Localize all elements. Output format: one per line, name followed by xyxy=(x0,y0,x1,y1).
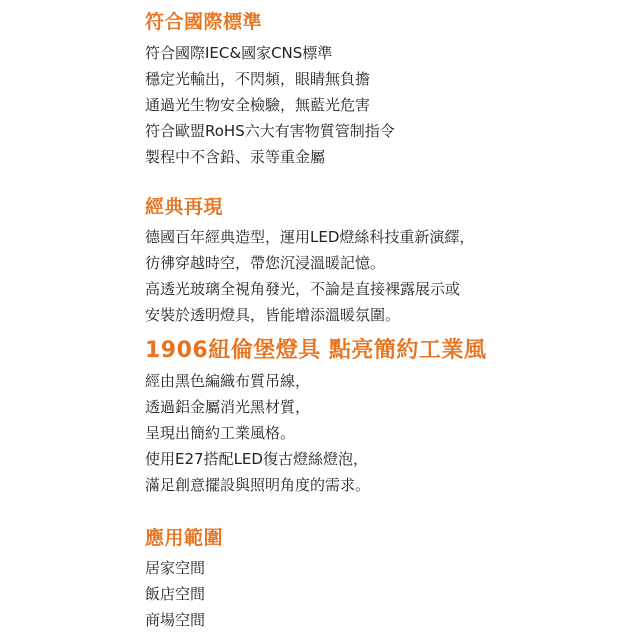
list-item: 經由黑色編織布質吊線， xyxy=(145,368,486,394)
list-item: 穩定光輸出，不閃頻，眼睛無負擔 xyxy=(145,66,395,92)
list-item: 製程中不含鉛、汞等重金屬 xyxy=(145,144,395,170)
section-nuremberg-lamp: 1906紐倫堡燈具 點亮簡約工業風 經由黑色編織布質吊線， 透過鋁金屬消光黑材質… xyxy=(145,337,486,498)
list-item: 飯店空間 xyxy=(145,581,223,607)
list-item: 使用E27搭配LED復古燈絲燈泡， xyxy=(145,446,486,472)
list-item: 通過光生物安全檢驗，無藍光危害 xyxy=(145,92,395,118)
list-item: 透過鋁金屬消光黑材質， xyxy=(145,394,486,420)
section-heading: 應用範圍 xyxy=(145,526,223,550)
list-item: 彷彿穿越時空，帶您沉浸溫暖記憶。 xyxy=(145,250,474,276)
feature-list: 居家空間 飯店空間 商場空間 xyxy=(145,555,223,633)
list-item: 居家空間 xyxy=(145,555,223,581)
list-item: 滿足創意擺設與照明角度的需求。 xyxy=(145,472,486,498)
feature-list: 德國百年經典造型，運用LED燈絲科技重新演繹， 彷彿穿越時空，帶您沉浸溫暖記憶。… xyxy=(145,224,474,328)
section-heading: 經典再現 xyxy=(145,195,474,219)
section-international-standards: 符合國際標準 符合國際IEC&國家CNS標準 穩定光輸出，不閃頻，眼睛無負擔 通… xyxy=(145,10,395,170)
list-item: 符合歐盟RoHS六大有害物質管制指令 xyxy=(145,118,395,144)
feature-list: 經由黑色編織布質吊線， 透過鋁金屬消光黑材質， 呈現出簡約工業風格。 使用E27… xyxy=(145,368,486,498)
section-heading: 1906紐倫堡燈具 點亮簡約工業風 xyxy=(145,337,486,365)
list-item: 呈現出簡約工業風格。 xyxy=(145,420,486,446)
section-classic-revival: 經典再現 德國百年經典造型，運用LED燈絲科技重新演繹， 彷彿穿越時空，帶您沉浸… xyxy=(145,195,474,328)
section-heading: 符合國際標準 xyxy=(145,10,395,34)
section-applications: 應用範圍 居家空間 飯店空間 商場空間 xyxy=(145,526,223,633)
list-item: 安裝於透明燈具，皆能增添溫暖氛圍。 xyxy=(145,302,474,328)
list-item: 高透光玻璃全視角發光，不論是直接裸露展示或 xyxy=(145,276,474,302)
list-item: 符合國際IEC&國家CNS標準 xyxy=(145,40,395,66)
list-item: 德國百年經典造型，運用LED燈絲科技重新演繹， xyxy=(145,224,474,250)
list-item: 商場空間 xyxy=(145,607,223,633)
feature-list: 符合國際IEC&國家CNS標準 穩定光輸出，不閃頻，眼睛無負擔 通過光生物安全檢… xyxy=(145,40,395,170)
